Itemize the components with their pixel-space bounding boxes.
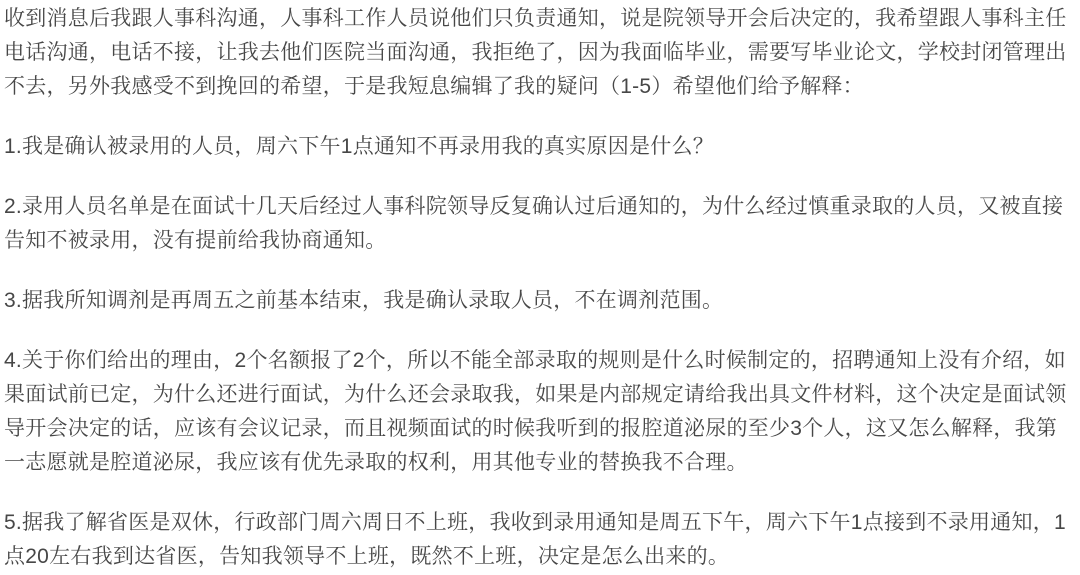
- text-line: 点20左右我到达省医，告知我领导不上班，既然不上班，决定是怎么出来的。: [4, 540, 1078, 574]
- text-line: 1.我是确认被录用的人员，周六下午1点通知不再录用我的真实原因是什么？: [4, 130, 1078, 164]
- text-line: 一志愿就是腔道泌尿，我应该有优先录取的权利，用其他专业的替换我不合理。: [4, 446, 1078, 480]
- paragraph-intro: 收到消息后我跟人事科沟通，人事科工作人员说他们只负责通知，说是院领导开会后决定的…: [4, 2, 1078, 104]
- text-line: 导开会决定的话，应该有会议记录，而且视频面试的时候我听到的报腔道泌尿的至少3个人…: [4, 412, 1078, 446]
- text-line: 4.关于你们给出的理由，2个名额报了2个，所以不能全部录取的规则是什么时候制定的…: [4, 344, 1078, 378]
- question-item-5: 5.据我了解省医是双休，行政部门周六周日不上班，我收到录用通知是周五下午，周六下…: [4, 506, 1078, 574]
- text-line: 收到消息后我跟人事科沟通，人事科工作人员说他们只负责通知，说是院领导开会后决定的…: [4, 2, 1078, 36]
- text-line: 5.据我了解省医是双休，行政部门周六周日不上班，我收到录用通知是周五下午，周六下…: [4, 506, 1078, 540]
- text-line: 告知不被录用，没有提前给我协商通知。: [4, 224, 1078, 258]
- question-item-1: 1.我是确认被录用的人员，周六下午1点通知不再录用我的真实原因是什么？: [4, 130, 1078, 164]
- text-line: 2.录用人员名单是在面试十几天后经过人事科院领导反复确认过后通知的，为什么经过慎…: [4, 190, 1078, 224]
- question-item-3: 3.据我所知调剂是再周五之前基本结束，我是确认录取人员，不在调剂范围。: [4, 284, 1078, 318]
- text-line: 3.据我所知调剂是再周五之前基本结束，我是确认录取人员，不在调剂范围。: [4, 284, 1078, 318]
- question-item-2: 2.录用人员名单是在面试十几天后经过人事科院领导反复确认过后通知的，为什么经过慎…: [4, 190, 1078, 258]
- text-line: 电话沟通，电话不接，让我去他们医院当面沟通，我拒绝了，因为我面临毕业，需要写毕业…: [4, 36, 1078, 70]
- article-text: 收到消息后我跟人事科沟通，人事科工作人员说他们只负责通知，说是院领导开会后决定的…: [0, 0, 1080, 574]
- text-line: 果面试前已定，为什么还进行面试，为什么还会录取我，如果是内部规定请给我出具文件材…: [4, 378, 1078, 412]
- text-line: 不去，另外我感受不到挽回的希望，于是我短息编辑了我的疑问（1-5）希望他们给予解…: [4, 70, 1078, 104]
- question-item-4: 4.关于你们给出的理由，2个名额报了2个，所以不能全部录取的规则是什么时候制定的…: [4, 344, 1078, 480]
